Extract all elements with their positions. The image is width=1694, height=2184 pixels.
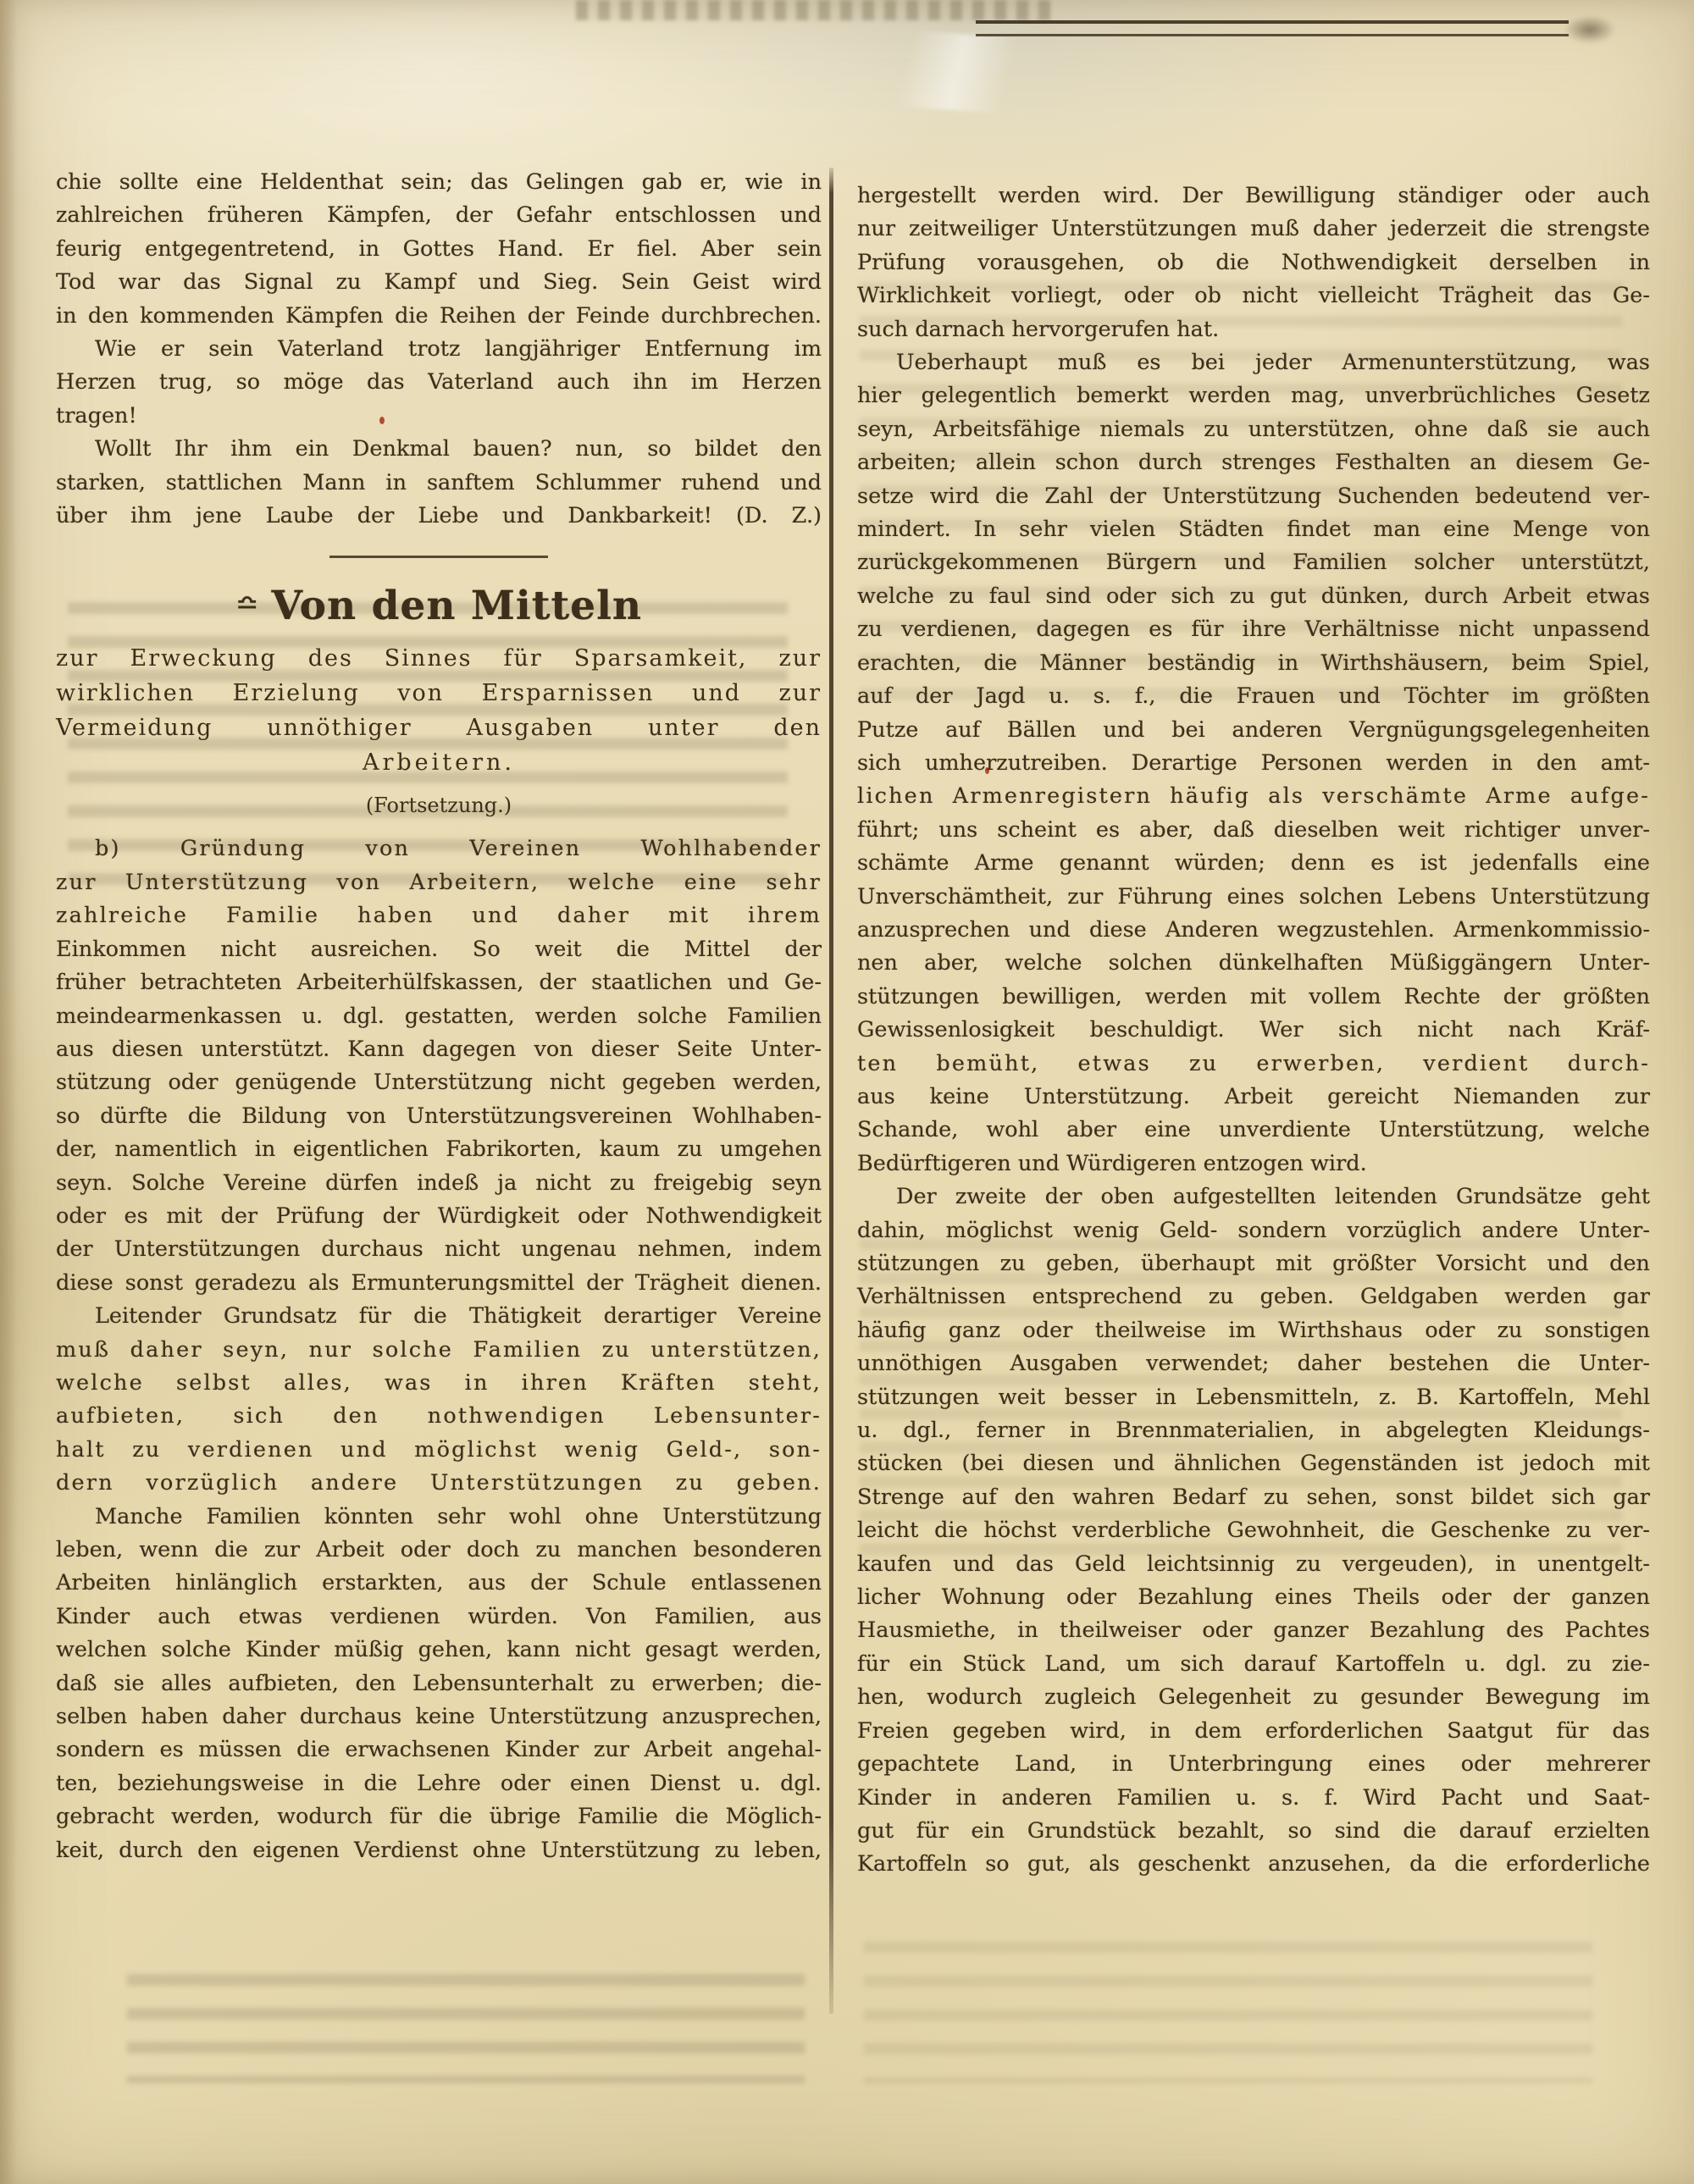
text-line: Strenge auf den wahren Bedarf zu sehen, …: [857, 1481, 1650, 1514]
text-line: sondern es müssen die erwachsenen Kinder…: [56, 1733, 822, 1767]
text-line: schämte Arme genannt würden; denn es ist…: [857, 847, 1650, 880]
article-headline: ≏Von den Mitteln: [56, 578, 822, 633]
text-line: tragen!: [56, 400, 822, 433]
text-line: kaufen und das Geld leichtsinnig zu verg…: [857, 1548, 1650, 1581]
text-line: hen, wodurch zugleich Gelegenheit zu ges…: [857, 1681, 1650, 1714]
text-line: leben, wenn die zur Arbeit oder doch zu …: [56, 1534, 822, 1567]
paragraph: Leitender Grundsatz für die Thätigkeit d…: [56, 1300, 822, 1500]
paragraph: Ueberhaupt muß es bei jeder Armenunterst…: [857, 346, 1650, 1180]
text-line: meindearmenkassen u. dgl. gestatten, wer…: [56, 1000, 822, 1033]
text-line: aufbieten, sich den nothwendigen Lebensu…: [56, 1400, 822, 1433]
text-line: führt; uns scheint es aber, daß dieselbe…: [857, 814, 1650, 847]
paragraph: hergestellt werden wird. Der Bewilligung…: [857, 180, 1650, 346]
text-line: der, namentlich in eigentlichen Fabrikor…: [56, 1133, 822, 1166]
text-line: keit, durch den eigenen Verdienst ohne U…: [56, 1834, 822, 1867]
text-line: häufig ganz oder theilweise im Wirthshau…: [857, 1314, 1650, 1347]
text-line: such darnach hervorgerufen hat.: [857, 313, 1650, 346]
text-line: muß daher seyn, nur solche Familien zu u…: [56, 1334, 822, 1367]
text-line: Der zweite der oben aufgestellten leiten…: [857, 1180, 1650, 1214]
paragraph: chie sollte eine Heldenthat sein; das Ge…: [56, 166, 822, 333]
text-line: Freien gegeben wird, in dem erforderlich…: [857, 1715, 1650, 1748]
text-line: Wirklichkeit vorliegt, oder ob nicht vie…: [857, 279, 1650, 312]
text-line: gebracht werden, wodurch für die übrige …: [56, 1800, 822, 1833]
text-line: Einkommen nicht ausreichen. So weit die …: [56, 933, 822, 966]
text-line: stützungen bewilligen, werden mit vollem…: [857, 981, 1650, 1014]
text-line: arbeiten; allein schon durch strenges Fe…: [857, 446, 1650, 479]
text-line: auf der Jagd u. s. f., die Frauen und Tö…: [857, 680, 1650, 713]
text-line: stützungen zu geben, überhaupt mit größt…: [857, 1247, 1650, 1280]
text-line: anzusprechen und diese Anderen wegzusteh…: [857, 914, 1650, 947]
text-line: aus diesen unterstützt. Kann dagegen von…: [56, 1033, 822, 1066]
text-line: daß sie alles aufbieten, den Lebensunter…: [56, 1667, 822, 1700]
paragraph: Wie er sein Vaterland trotz langjähriger…: [56, 333, 822, 433]
text-line: unnöthigen Ausgaben verwendet; daher bes…: [857, 1347, 1650, 1380]
ink-smudge: [1564, 15, 1616, 44]
text-line: setze wird die Zahl der Unterstützung Su…: [857, 480, 1650, 513]
paragraph: b) Gründung von Vereinen Wohlhabenderzur…: [56, 832, 822, 1300]
subtitle-line: Vermeidung unnöthiger Ausgaben unter den: [56, 710, 822, 745]
subtitle-line: wirklichen Erzielung von Ersparnissen un…: [56, 676, 822, 710]
text-line: Leitender Grundsatz für die Thätigkeit d…: [56, 1300, 822, 1333]
text-line: Verhältnissen entsprechend zu geben. Gel…: [857, 1280, 1650, 1313]
text-line: oder es mit der Prüfung der Würdigkeit o…: [56, 1200, 822, 1233]
text-line: Hausmiethe, in theilweiser oder ganzer B…: [857, 1614, 1650, 1647]
text-line: zurückgekommenen Bürgern und Familien so…: [857, 546, 1650, 579]
text-line: mindert. In sehr vielen Städten findet m…: [857, 513, 1650, 546]
continuation-note: (Fortsetzung.): [56, 792, 822, 819]
text-line: Gewissenlosigkeit beschuldigt. Wer sich …: [857, 1014, 1650, 1047]
newspaper-page: chie sollte eine Heldenthat sein; das Ge…: [0, 0, 1694, 2184]
text-line: zahlreiche Familie haben und daher mit i…: [56, 899, 822, 932]
text-line: Kinder in anderen Familien u. s. f. Wird…: [857, 1782, 1650, 1815]
text-line: zahlreichen früheren Kämpfen, der Gefahr…: [56, 199, 822, 232]
text-line: Wie er sein Vaterland trotz langjähriger…: [56, 333, 822, 366]
text-line: ten, beziehungsweise in die Lehre oder e…: [56, 1767, 822, 1800]
text-line: diese sonst geradezu als Ermunterungsmit…: [56, 1267, 822, 1300]
text-line: Kartoffeln so gut, als geschenkt anzuseh…: [857, 1848, 1650, 1881]
text-line: stützungen weit besser in Lebensmitteln,…: [857, 1381, 1650, 1414]
text-line: hergestellt werden wird. Der Bewilligung…: [857, 180, 1650, 213]
column-divider-rule: [829, 168, 833, 2014]
text-line: Prüfung vorausgehen, ob die Nothwendigke…: [857, 246, 1650, 279]
section-separator-rule: [329, 556, 548, 558]
text-line: Manche Familien könnten sehr wohl ohne U…: [56, 1501, 822, 1534]
text-line: Schande, wohl aber eine unverdiente Unte…: [857, 1114, 1650, 1147]
text-line: feurig entgegentretend, in Gottes Hand. …: [56, 233, 822, 266]
text-line: chie sollte eine Heldenthat sein; das Ge…: [56, 166, 822, 199]
text-line: über ihm jene Laube der Liebe und Dankba…: [56, 500, 822, 533]
text-line: b) Gründung von Vereinen Wohlhabender: [56, 832, 822, 865]
left-column: chie sollte eine Heldenthat sein; das Ge…: [56, 166, 822, 1867]
bleedthrough-ghost: [864, 1931, 1592, 2083]
text-line: für ein Stück Land, um sich darauf Karto…: [857, 1648, 1650, 1681]
text-line: Kinder auch etwas verdienen würden. Von …: [56, 1601, 822, 1634]
text-line: welche zu faul sind oder sich zu gut dün…: [857, 580, 1650, 613]
section-mark-icon: ≏: [235, 587, 260, 620]
text-line: gepachtete Land, in Unterbringung eines …: [857, 1748, 1650, 1781]
text-line: Herzen trug, so möge das Vaterland auch …: [56, 366, 822, 399]
article-subtitle: zur Erweckung des Sinnes für Sparsamkeit…: [56, 641, 822, 780]
text-line: erachten, die Männer beständig in Wirths…: [857, 647, 1650, 680]
text-line: seyn. Solche Vereine dürfen indeß ja nic…: [56, 1167, 822, 1200]
text-line: stützung oder genügende Unterstützung ni…: [56, 1066, 822, 1099]
bleedthrough-header: [576, 0, 1050, 20]
text-line: seyn, Arbeitsfähige niemals zu unterstüt…: [857, 413, 1650, 446]
text-line: lichen Armenregistern häufig als verschä…: [857, 780, 1650, 813]
text-line: Putze auf Bällen und bei anderen Vergnüg…: [857, 714, 1650, 747]
paragraph: Der zweite der oben aufgestellten leiten…: [857, 1180, 1650, 1882]
text-line: sich umherzutreiben. Derartige Personen …: [857, 747, 1650, 780]
text-line: Arbeiten hinlänglich erstarkten, aus der…: [56, 1567, 822, 1600]
text-line: welchen solche Kinder müßig gehen, kann …: [56, 1634, 822, 1667]
text-line: nur zeitweiliger Unterstützungen muß dah…: [857, 213, 1650, 246]
text-line: leicht die höchst verderbliche Gewohnhei…: [857, 1514, 1650, 1547]
text-line: ten bemüht, etwas zu erwerben, verdient …: [857, 1048, 1650, 1081]
text-line: zu verdienen, dagegen es für ihre Verhäl…: [857, 613, 1650, 646]
text-line: Unverschämtheit, zur Führung eines solch…: [857, 881, 1650, 914]
text-line: Bedürftigeren und Würdigeren entzogen wi…: [857, 1147, 1650, 1180]
left-body-block: b) Gründung von Vereinen Wohlhabenderzur…: [56, 832, 822, 1867]
text-line: so dürfte die Bildung von Unterstützungs…: [56, 1100, 822, 1133]
bleedthrough-ghost: [127, 1965, 805, 2083]
text-line: u. dgl., ferner in Brennmaterialien, in …: [857, 1414, 1650, 1447]
left-top-block: chie sollte eine Heldenthat sein; das Ge…: [56, 166, 822, 533]
text-line: selben haben daher durchaus keine Unters…: [56, 1700, 822, 1733]
text-line: zur Unterstützung von Arbeitern, welche …: [56, 866, 822, 899]
text-line: der Unterstützungen durchaus nicht ungen…: [56, 1233, 822, 1266]
paragraph: Wollt Ihr ihm ein Denkmal bauen? nun, so…: [56, 433, 822, 533]
paper-edge-shadow: [0, 0, 17, 2184]
text-line: in den kommenden Kämpfen die Reihen der …: [56, 300, 822, 333]
text-line: starken, stattlichen Mann in sanftem Sch…: [56, 467, 822, 500]
article-title: Von den Mitteln: [272, 583, 643, 629]
right-body-block: hergestellt werden wird. Der Bewilligung…: [857, 180, 1650, 1882]
text-line: aus keine Unterstützung. Arbeit gereicht…: [857, 1081, 1650, 1114]
text-line: Wollt Ihr ihm ein Denkmal bauen? nun, so…: [56, 433, 822, 466]
top-double-rule: [976, 20, 1569, 36]
text-line: nen aber, welche solchen dünkelhaften Mü…: [857, 947, 1650, 980]
right-column: hergestellt werden wird. Der Bewilligung…: [857, 180, 1650, 1882]
text-line: Ueberhaupt muß es bei jeder Armenunterst…: [857, 346, 1650, 379]
text-line: licher Wohnung oder Bezahlung eines Thei…: [857, 1581, 1650, 1614]
text-line: stücken (bei diesen und ähnlichen Gegens…: [857, 1447, 1650, 1480]
text-line: gut für ein Grundstück bezahlt, so sind …: [857, 1815, 1650, 1848]
text-line: dern vorzüglich andere Unterstützungen z…: [56, 1467, 822, 1500]
text-line: welche selbst alles, was in ihren Kräfte…: [56, 1367, 822, 1400]
text-line: hier gelegentlich bemerkt werden mag, un…: [857, 379, 1650, 412]
text-line: halt zu verdienen und möglichst wenig Ge…: [56, 1434, 822, 1467]
subtitle-line: Arbeitern.: [56, 745, 822, 780]
text-line: dahin, möglichst wenig Geld- sondern vor…: [857, 1214, 1650, 1247]
paragraph: Manche Familien könnten sehr wohl ohne U…: [56, 1501, 822, 1867]
text-line: Tod war das Signal zu Kampf und Sieg. Se…: [56, 266, 822, 299]
text-line: früher betrachteten Arbeiterhülfskassen,…: [56, 966, 822, 999]
subtitle-line: zur Erweckung des Sinnes für Sparsamkeit…: [56, 641, 822, 676]
